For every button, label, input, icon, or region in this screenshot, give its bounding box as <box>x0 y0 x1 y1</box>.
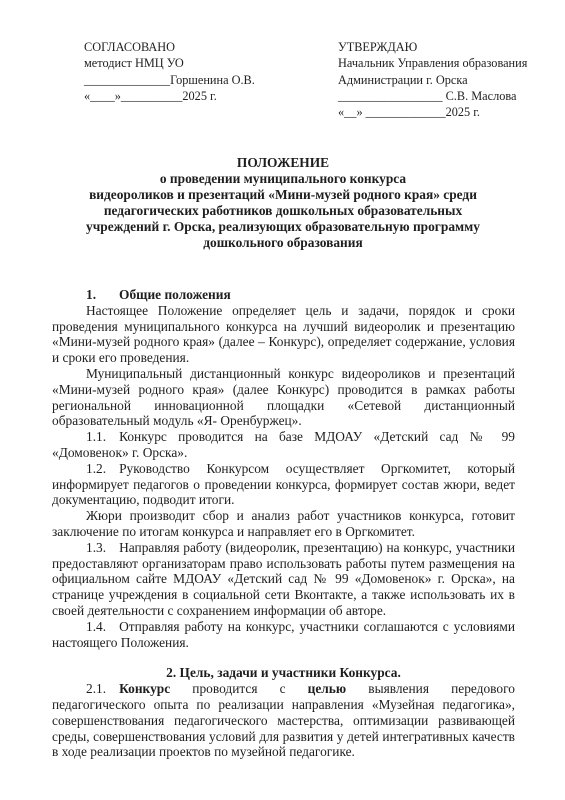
approval-agreed-role: методист НМЦ УО <box>84 55 255 71</box>
bold-konkurs: Конкурс <box>119 681 170 696</box>
approval-block-approved: УТВЕРЖДАЮ Начальник Управления образован… <box>338 39 527 120</box>
document-page: СОГЛАСОВАНО методист НМЦ УО ____________… <box>0 0 565 800</box>
approval-approved-signature: _________________ С.В. Маслова <box>338 88 527 104</box>
approval-approved-date: «__» _____________2025 г. <box>338 104 527 120</box>
title-line: дошкольного образования <box>52 235 514 251</box>
approval-agreed-signature: ______________Горшенина О.В. <box>84 72 255 88</box>
section-2-heading: 2. Цель, задачи и участники Конкурса. <box>52 665 515 681</box>
title-line: педагогических работников дошкольных обр… <box>52 203 514 219</box>
paragraph-1-1: 1.1.Конкурс проводится на базе МДОАУ «Де… <box>52 429 515 461</box>
item-number: 1.3. <box>86 540 106 555</box>
item-text: проводится с <box>192 681 285 696</box>
paragraph-general-2: Муниципальный дистанционный конкурс виде… <box>52 366 515 429</box>
item-text: Направляя работу (видеоролик, презентаци… <box>52 540 515 618</box>
paragraph-1-2: 1.2.Руководство Конкурсом осуществляет О… <box>52 461 515 508</box>
item-text: Отправляя работу на конкурс, участники с… <box>52 619 515 650</box>
approval-agreed-title: СОГЛАСОВАНО <box>84 39 255 55</box>
approval-approved-title: УТВЕРЖДАЮ <box>338 39 527 55</box>
section-1-heading-text: Общие положения <box>119 287 231 302</box>
bold-goal: целью <box>308 681 347 696</box>
section-1-number: 1. <box>86 287 96 302</box>
title-line: учреждений г. Орска, реализующих образов… <box>52 219 514 235</box>
approval-approved-role: Начальник Управления образования <box>338 55 527 71</box>
item-number: 1.4. <box>86 619 106 634</box>
title-line: ПОЛОЖЕНИЕ <box>52 155 514 171</box>
paragraph-2-1: 2.1.Конкурс проводится с целью выявления… <box>52 681 515 760</box>
title-line: видеороликов и презентаций «Мини-музей р… <box>52 187 514 203</box>
approval-block-agreed: СОГЛАСОВАНО методист НМЦ УО ____________… <box>84 39 255 104</box>
paragraph-1-4: 1.4.Отправляя работу на конкурс, участни… <box>52 619 515 651</box>
item-text: Конкурс проводится на базе МДОАУ «Детски… <box>52 429 515 460</box>
paragraph-1-3: 1.3.Направляя работу (видеоролик, презен… <box>52 540 515 619</box>
title-line: о проведении муниципального конкурса <box>52 171 514 187</box>
paragraph-jury: Жюри производит сбор и анализ работ учас… <box>52 508 515 540</box>
item-number: 1.2. <box>86 461 106 476</box>
approval-approved-org: Администрации г. Орска <box>338 72 527 88</box>
item-text: Руководство Конкурсом осуществляет Оргко… <box>52 461 515 508</box>
approval-agreed-date: «____»__________2025 г. <box>84 88 255 104</box>
document-title: ПОЛОЖЕНИЕ о проведении муниципального ко… <box>52 155 514 251</box>
item-number: 1.1. <box>86 429 106 444</box>
item-number: 2.1. <box>86 681 106 696</box>
section-1-heading: 1.Общие положения <box>52 287 515 303</box>
paragraph-general-1: Настоящее Положение определяет цель и за… <box>52 303 515 366</box>
document-body: 1.Общие положения Настоящее Положение оп… <box>52 287 515 760</box>
